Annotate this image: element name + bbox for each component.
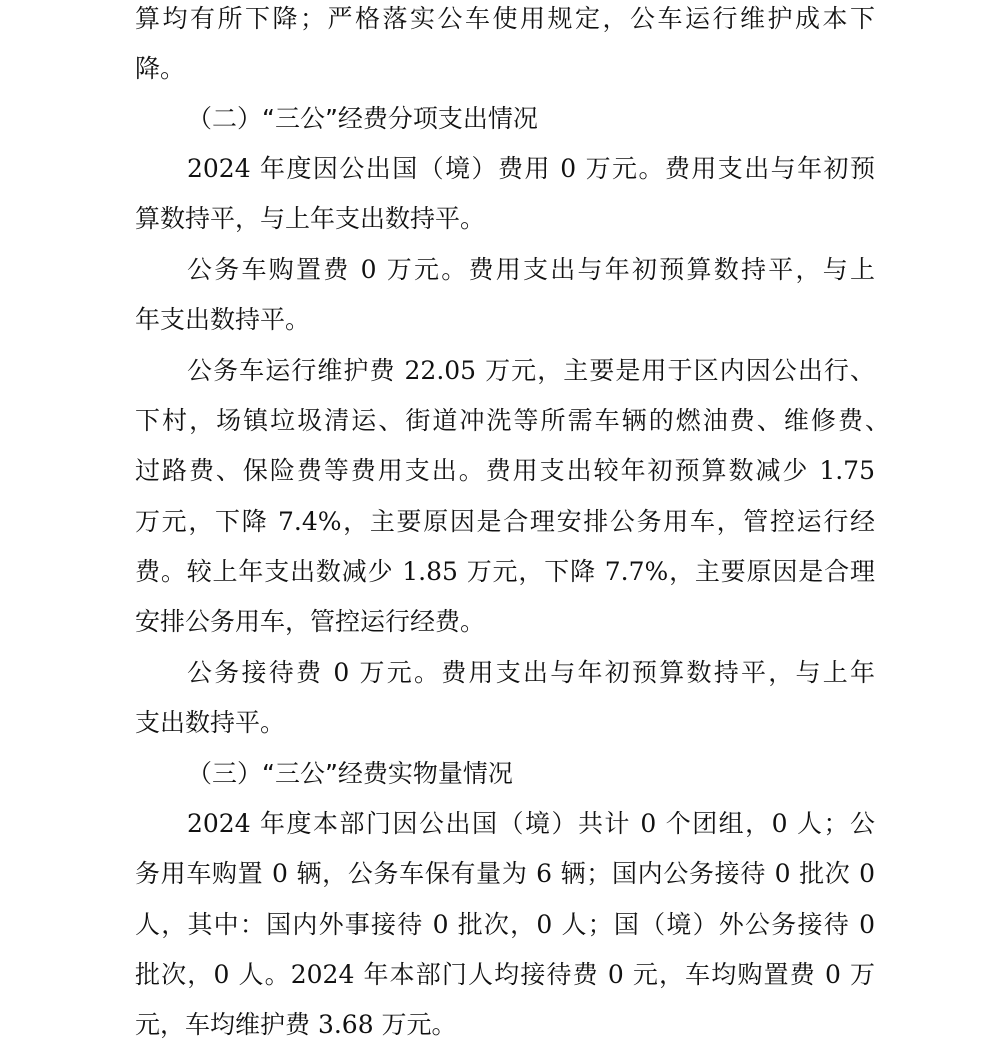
paragraph-line: 年支出数持平。 xyxy=(135,295,875,345)
paragraph-line: 公务车购置费 0 万元。费用支出与年初预算数持平，与上 xyxy=(187,245,875,295)
paragraph-line: 公务接待费 0 万元。费用支出与年初预算数持平，与上年 xyxy=(187,648,875,698)
paragraph-line: 万元，下降 7.4%，主要原因是合理安排公务用车，管控运行经 xyxy=(135,497,875,547)
paragraph-line: 降。 xyxy=(135,44,875,94)
paragraph-line: 下村，场镇垃圾清运、街道冲洗等所需车辆的燃油费、维修费、 xyxy=(135,396,890,446)
section-heading: （三）“三公”经费实物量情况 xyxy=(187,749,875,799)
paragraph-line: 2024 年度本部门因公出国（境）共计 0 个团组，0 人；公 xyxy=(187,799,875,849)
paragraph-line: 批次，0 人。2024 年本部门人均接待费 0 元，车均购置费 0 万 xyxy=(135,950,875,1000)
paragraph-line: 算数持平，与上年支出数持平。 xyxy=(135,194,875,244)
paragraph-line: 人，其中：国内外事接待 0 批次，0 人；国（境）外公务接待 0 xyxy=(135,900,875,950)
document-page: 算均有所下降；严格落实公车使用规定，公车运行维护成本下 降。 （二）“三公”经费… xyxy=(0,0,1000,1043)
paragraph-line: 务用车购置 0 辆，公务车保有量为 6 辆；国内公务接待 0 批次 0 xyxy=(135,849,875,899)
paragraph-line: 支出数持平。 xyxy=(135,698,875,748)
paragraph-line: 算均有所下降；严格落实公车使用规定，公车运行维护成本下 xyxy=(135,0,875,44)
paragraph-line: 元，车均维护费 3.68 万元。 xyxy=(135,1000,875,1043)
paragraph-line: 公务车运行维护费 22.05 万元，主要是用于区内因公出行、 xyxy=(187,346,875,396)
paragraph-line: 2024 年度因公出国（境）费用 0 万元。费用支出与年初预 xyxy=(187,144,875,194)
paragraph-line: 过路费、保险费等费用支出。费用支出较年初预算数减少 1.75 xyxy=(135,446,875,496)
paragraph-line: 安排公务用车，管控运行经费。 xyxy=(135,597,875,647)
section-heading: （二）“三公”经费分项支出情况 xyxy=(187,94,875,144)
paragraph-line: 费。较上年支出数减少 1.85 万元，下降 7.7%，主要原因是合理 xyxy=(135,547,875,597)
